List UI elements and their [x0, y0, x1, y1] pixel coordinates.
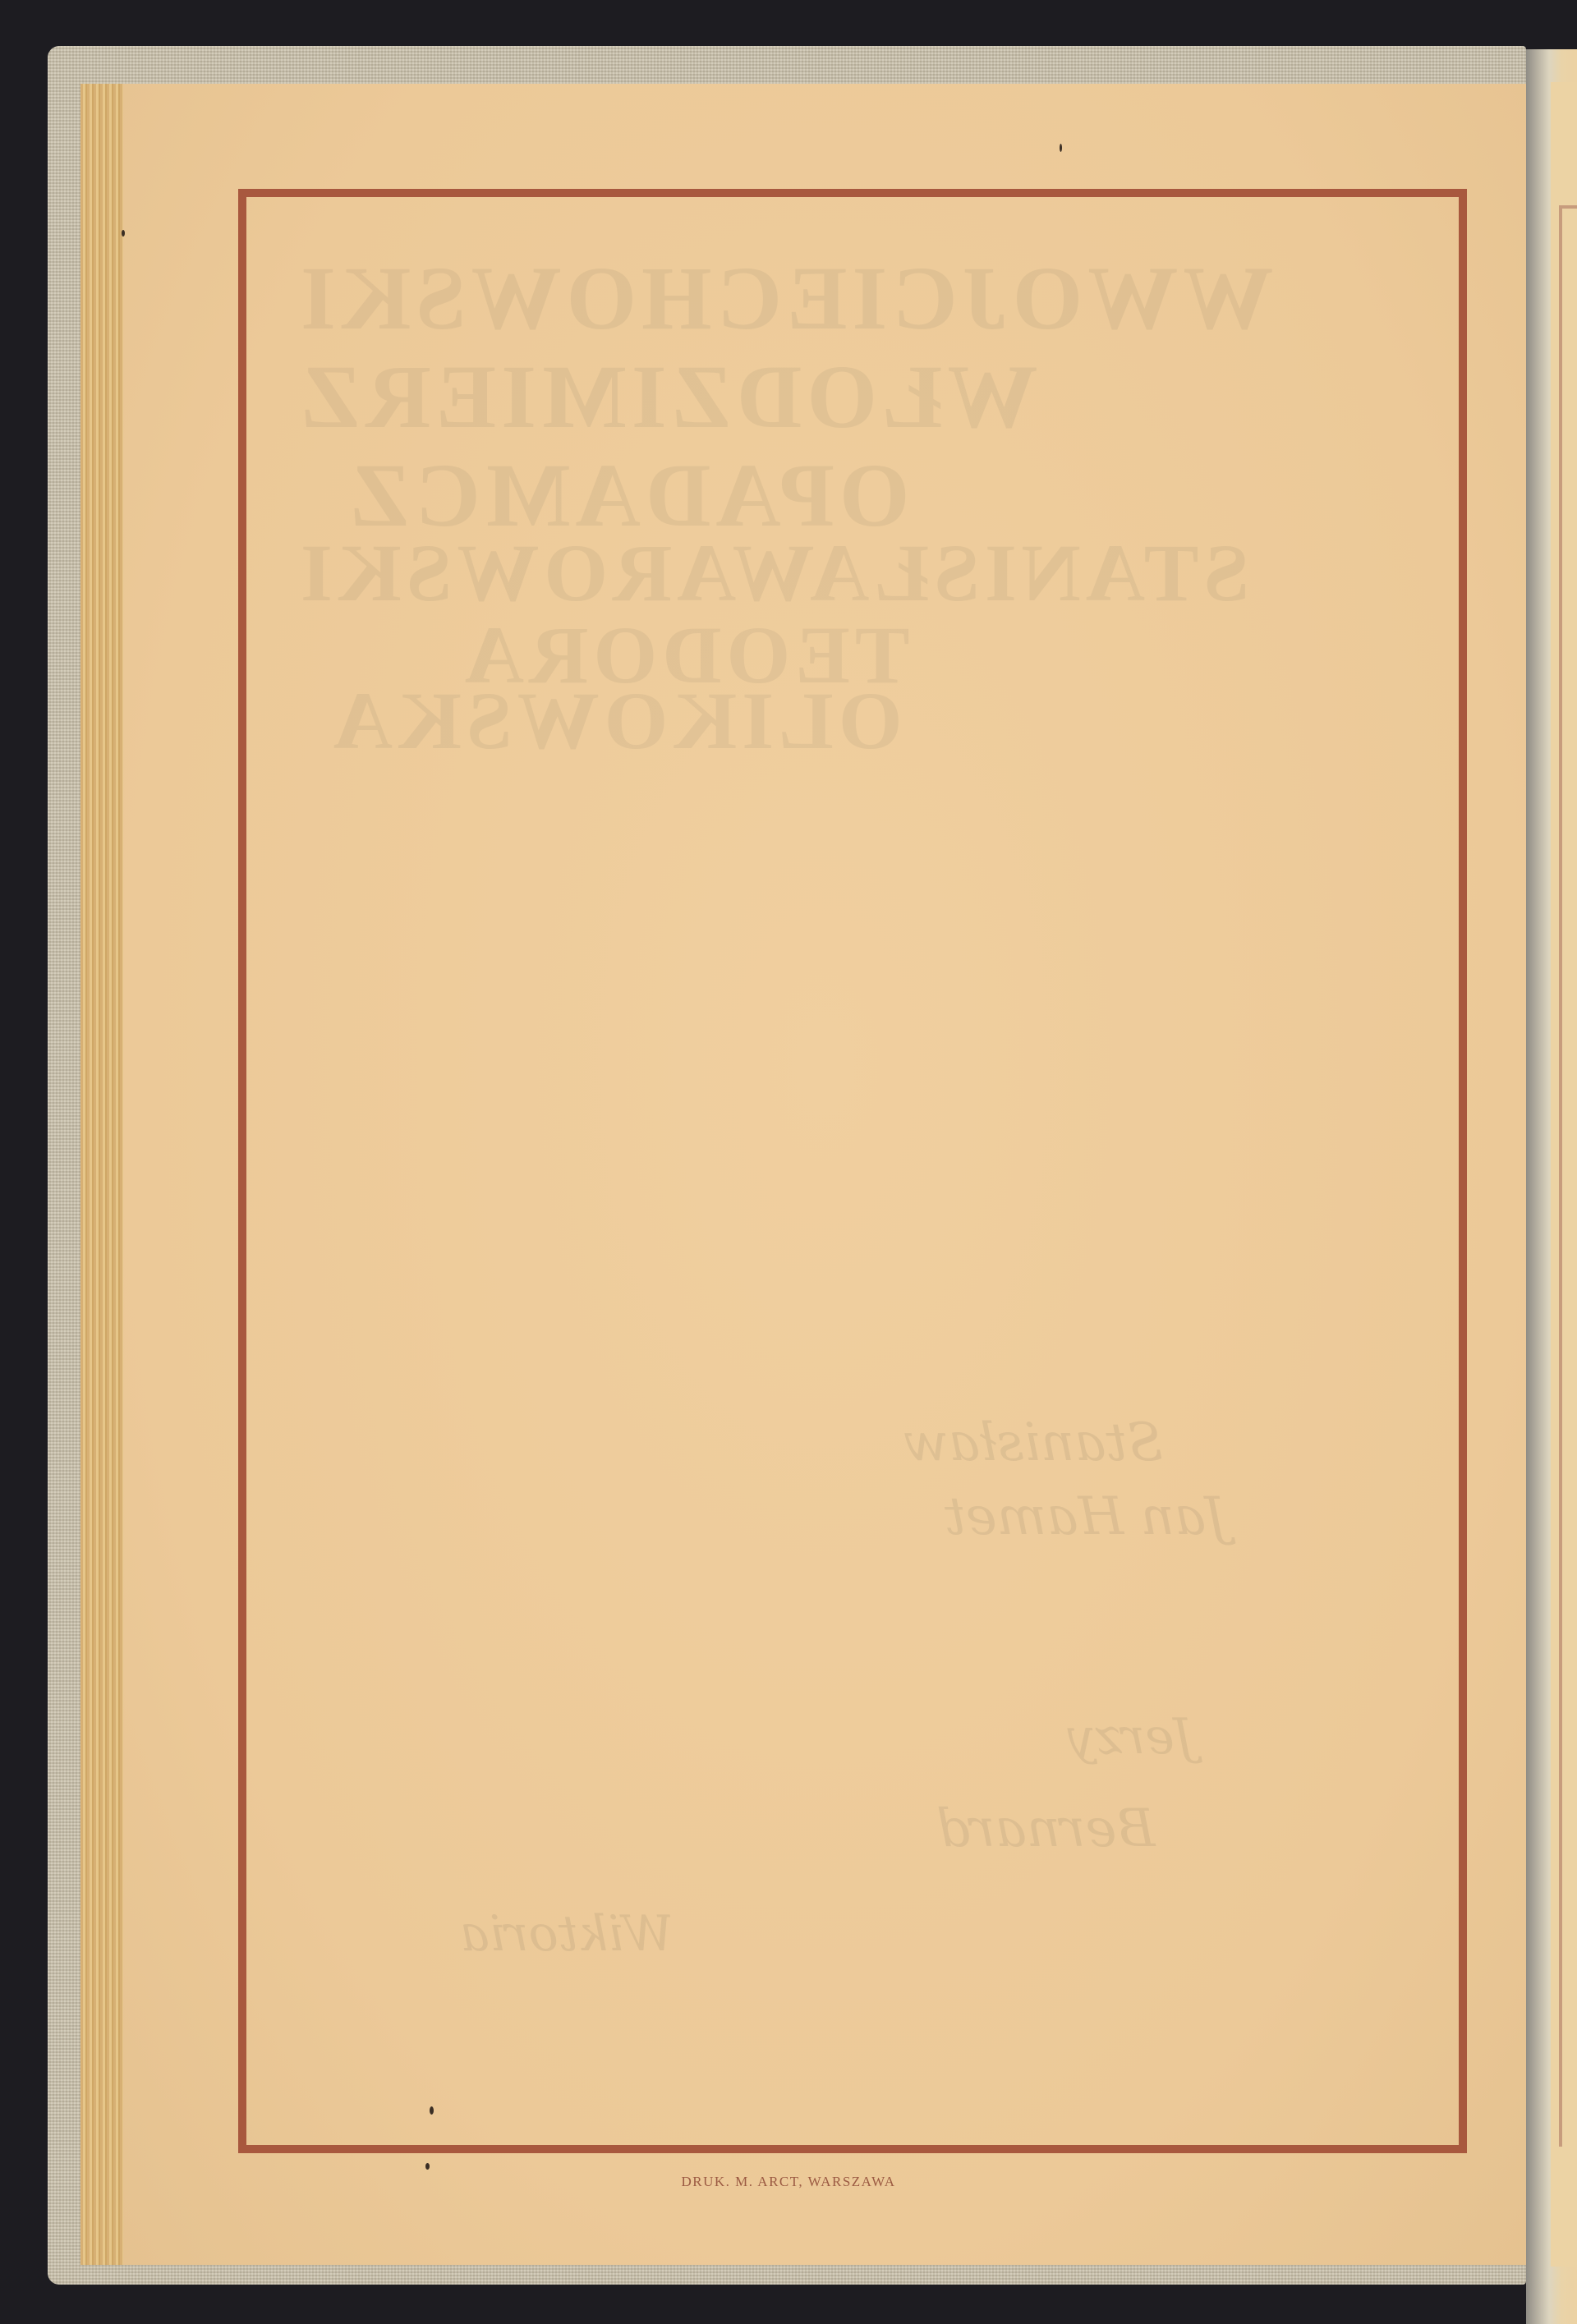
- decorative-frame-border: [238, 189, 1467, 2153]
- ink-spot: [1060, 144, 1062, 152]
- ink-spot: [122, 230, 125, 237]
- printer-imprint: DRUK. M. ARCT, WARSZAWA: [0, 2174, 1577, 2190]
- ink-spot: [425, 2163, 430, 2170]
- ink-spot: [430, 2106, 434, 2115]
- adjacent-page-frame: [1559, 205, 1577, 2147]
- gilt-page-edges: [80, 84, 123, 2265]
